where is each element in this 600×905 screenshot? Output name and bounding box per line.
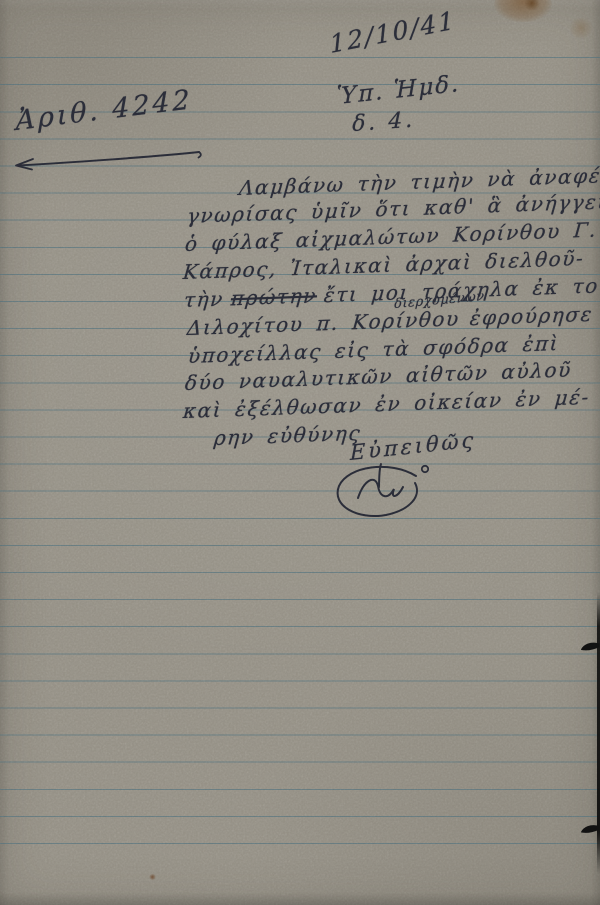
- signature-scribble: [328, 456, 443, 526]
- small-spot-bottom-left: [149, 874, 156, 880]
- binding-mark-lower: [580, 821, 600, 837]
- closing-salutation: Εὐπειθῶς: [350, 428, 476, 465]
- rust-stain-top-right: [494, 0, 552, 22]
- handwritten-date: 12/10/41: [328, 5, 456, 59]
- paper-grain-texture: [0, 0, 600, 905]
- body-line-5-struck-word: πρώτην: [230, 283, 318, 310]
- faint-stain-upper-right: [568, 18, 594, 38]
- rust-stain-core: [523, 0, 541, 10]
- body-line-10: ρην εὐθύνης: [213, 421, 362, 450]
- underline-flourish: [2, 144, 207, 174]
- handwritten-abbreviation-line1: Ὑπ. Ἡμδ.: [337, 71, 461, 110]
- body-line-6-post: ἐφρούρησε ἡ: [469, 301, 600, 330]
- body-line-5-pre: τὴν: [183, 287, 225, 312]
- reference-number: Ἀριθ. 4242: [15, 84, 192, 137]
- document-page: 12/10/41 Ὑπ. Ἡμδ. δ. 4. Ἀριθ. 4242 Λαμβά…: [0, 0, 600, 905]
- handwritten-abbreviation-line2: δ. 4.: [352, 107, 416, 137]
- binding-mark-upper: [580, 638, 600, 654]
